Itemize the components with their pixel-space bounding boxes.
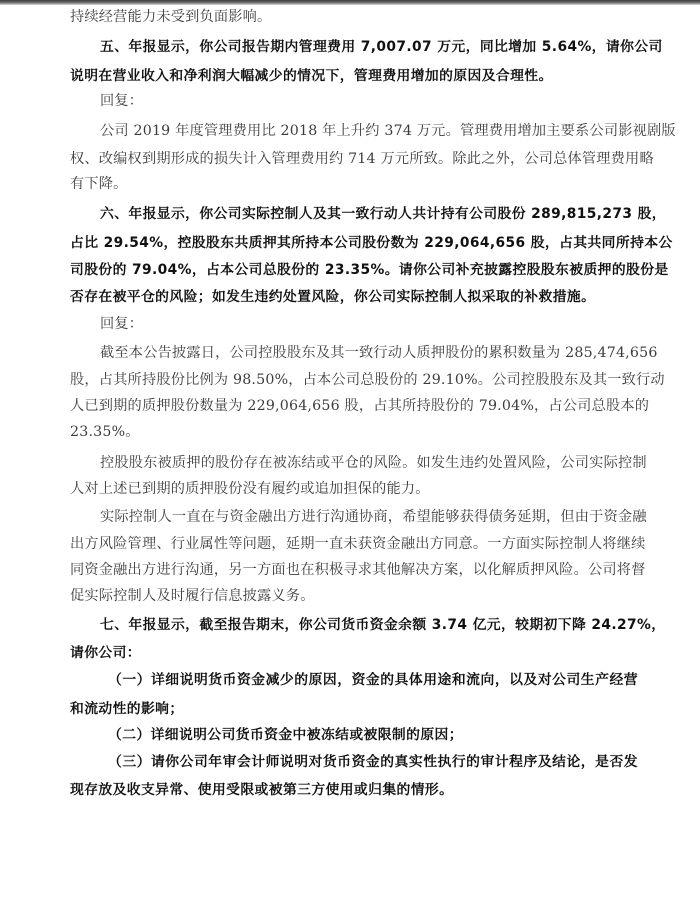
question-6-line: 否存在被平仓的风险；如发生违约处置风险，你公司实际控制人拟采取的补救措施。	[70, 286, 638, 308]
viewer-top-edge	[0, 0, 700, 5]
question-5-line: 说明在营业收入和净利润大幅减少的情况下，管理费用增加的原因及合理性。	[70, 65, 638, 87]
reply-6-line: 截至本公告披露日，公司控股股东及其一致行动人质押股份的累积数量为 285,474…	[100, 342, 638, 364]
reply-6-line: 实际控制人一直在与资金融出方进行沟通协商，希望能够获得债务延期，但由于资金融	[100, 506, 638, 528]
question-6-line: 司股份的 79.04%，占本公司总股份的 23.35%。请你公司补充披露控股股东…	[70, 259, 638, 281]
reply-6-line: 控股股东被质押的股份存在被冻结或平仓的风险。如发生违约处置风险，公司实际控制	[100, 452, 638, 474]
reply-5-line: 公司 2019 年度管理费用比 2018 年上升约 374 万元。管理费用增加主…	[100, 120, 638, 142]
question-6-line: 占比 29.54%，控股股东共质押其所持本公司股份数为 229,064,656 …	[70, 232, 638, 254]
reply-5-line: 有下降。	[70, 173, 638, 195]
reply-6-line: 出方风险管理、行业属性等问题，延期一直未获资金融出方同意。一方面实际控制人将继续	[70, 533, 638, 555]
reply-6-line: 股，占其所持股份比例为 98.50%，占本公司总股份的 29.10%。公司控股股…	[70, 369, 638, 391]
question-6-line: 六、年报显示，你公司实际控制人及其一致行动人共计持有公司股份 289,815,2…	[100, 203, 638, 225]
reply-6-line: 23.35%。	[70, 421, 638, 443]
reply-5-line: 权、改编权到期形成的损失计入管理费用约 714 万元所致。除此之外，公司总体管理…	[70, 148, 638, 170]
sub-question-line: 和流动性的影响；	[70, 698, 638, 720]
reply-6-line: 促实际控制人及时履行信息披露义务。	[70, 585, 638, 607]
reply-label: 回复：	[100, 90, 638, 112]
carryover-paragraph: 持续经营能力未受到负面影响。	[70, 6, 638, 28]
reply-6-line: 人对上述已到期的质押股份没有履约或追加担保的能力。	[70, 478, 638, 500]
sub-question-line: （一）详细说明货币资金减少的原因，资金的具体用途和流向，以及对公司生产经营	[108, 669, 638, 691]
reply-6-line: 人已到期的质押股份数量为 229,064,656 股，占其所持股份的 79.04…	[70, 395, 638, 417]
question-5-line: 五、年报显示，你公司报告期内管理费用 7,007.07 万元，同比增加 5.64…	[100, 36, 638, 58]
question-7-line: 七、年报显示，截至报告期末，你公司货币资金余额 3.74 亿元，较期初下降 24…	[100, 614, 638, 636]
sub-question-line: （二）详细说明公司货币资金中被冻结或被限制的原因；	[108, 724, 638, 746]
reply-label: 回复：	[100, 313, 638, 335]
reply-6-line: 同资金融出方进行沟通，另一方面也在积极寻求其他解决方案，以化解质押风险。公司将督	[70, 559, 638, 581]
question-7-line: 请你公司：	[70, 642, 638, 664]
sub-question-line: （三）请你公司年审会计师说明对货币资金的真实性执行的审计程序及结论，是否发	[108, 751, 638, 773]
sub-question-line: 现存放及收支异常、使用受限或被第三方使用或归集的情形。	[70, 779, 638, 801]
